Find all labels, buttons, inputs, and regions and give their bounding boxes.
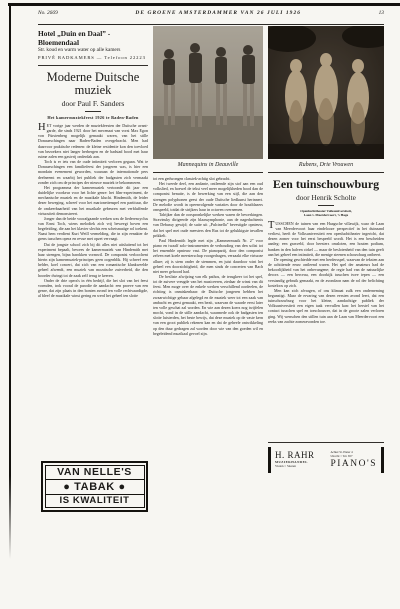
theatre-article-header: Een tuinschouwburg door Henrik Scholte O… — [268, 178, 384, 218]
paragraph: De besliste afwijzing van elk pathos, de… — [153, 274, 263, 336]
theatre-article-title: Een tuinschouwburg — [268, 178, 384, 191]
column-middle: Mannequins in Deauville tot een gedwonge… — [153, 26, 263, 484]
theatre-article-body: TUSSCHEN de tuinen van een Haagsche vill… — [268, 221, 384, 437]
paragraph: TUSSCHEN de tuinen van een Haagsche vill… — [268, 221, 384, 257]
rahr-ad: H. RAHR MUZIEKHANDEL Violen ○ Snaren Ach… — [268, 447, 384, 473]
hotel-ad: Hotel „Duin en Daal” - Bloemendaal Str. … — [38, 26, 148, 66]
paragraph: HET vorige jaar werden de muziekfeesten … — [38, 123, 148, 159]
rahr-ad-product: PIANO'S — [330, 459, 377, 469]
music-article-kicker: Het kamermuziekfeest 1926 te Baden-Baden — [38, 115, 148, 120]
rahr-ad-sub2: Violen ○ Snaren — [275, 464, 315, 468]
page-number: 13 — [379, 10, 384, 16]
ornament-rule — [318, 205, 334, 206]
photo-caption-left: Mannequins in Deauville — [153, 162, 263, 168]
music-article-title-line2: muziek — [38, 84, 148, 97]
rahr-ad-left: H. RAHR MUZIEKHANDEL Violen ○ Snaren — [275, 451, 315, 468]
column-left: Hotel „Duin en Daal” - Bloemendaal Str. … — [38, 26, 148, 512]
scan-top-border — [8, 3, 400, 6]
paragraph: De opening geschiedde met een herdersspe… — [268, 257, 384, 288]
photo-rubens-drie-vrouwen — [268, 26, 384, 159]
hotel-ad-line: Str. koud en warm water op alle kamers — [38, 47, 148, 54]
ornament-rule — [85, 111, 101, 112]
photo-mannequins-deauville — [153, 26, 263, 159]
caption-rule-left — [153, 172, 263, 173]
paragraph: Paul Hindemith legde met zijn „Kammermus… — [153, 238, 263, 274]
paragraph: Het programma der kamermuziek vertoonde … — [38, 185, 148, 216]
music-article-byline: door Paul F. Sanders — [38, 99, 148, 108]
paragraph: Talrijker dan de oorspronkelijke werken … — [153, 212, 263, 238]
paragraph: Jonger dan de beide voorafgaande werken … — [38, 216, 148, 242]
van-nelle-ad-inner: VAN NELLE'S ● TABAK ● IS KWALITEIT — [45, 465, 145, 509]
theatre-article-byline: door Henrik Scholte — [268, 193, 384, 202]
music-article-body-col2: tot een gedwongen classiek-achtig slot g… — [153, 176, 263, 484]
music-article-header: Moderne Duitsche muziek door Paul F. San… — [38, 71, 148, 120]
scan-left-border — [9, 3, 11, 559]
van-nelle-line3: IS KWALITEIT — [46, 494, 144, 508]
paragraph: Het tweede deel, een andante, ontleende … — [153, 181, 263, 212]
theatre-venue-line2: Laan v. Meerdervoort, ’s Hage — [268, 213, 384, 217]
music-article-body-col1: HET vorige jaar werden de muziekfeesten … — [38, 123, 148, 453]
photo-caption-right: Rubens, Drie Vrouwen — [268, 162, 384, 168]
running-head: No. 2669 DE GROENE AMSTERDAMMER VAN 26 J… — [38, 10, 384, 25]
paragraph: Men kan zich afvragen, of ons klimaat zu… — [268, 288, 384, 324]
paragraph: Toch is er iets van de oude intimiteit v… — [38, 159, 148, 185]
van-nelle-line2: ● TABAK ● — [46, 479, 144, 494]
van-nelle-line1: VAN NELLE'S — [46, 466, 144, 479]
paragraph: Onder de drie opera's in één bedrijf, di… — [38, 278, 148, 299]
paragraph: Dat de jongste school zich bij dit alles… — [38, 242, 148, 278]
rahr-ad-name: H. RAHR — [275, 451, 315, 460]
masthead-title: DE GROENE AMSTERDAMMER VAN 26 JULI 1926 — [135, 10, 301, 16]
hotel-ad-title: Hotel „Duin en Daal” - Bloemendaal — [38, 29, 148, 47]
hotel-ad-contact: PRIVÉ BADKAMERS — Telefoon 22223 — [38, 54, 148, 61]
rahr-ad-right: Achter St. Pieter 4 Utrecht ○ Tel. 657 P… — [330, 451, 377, 469]
rahr-ad-rule — [268, 442, 384, 443]
caption-rule-right — [268, 172, 384, 173]
newspaper-page: No. 2669 DE GROENE AMSTERDAMMER VAN 26 J… — [0, 0, 400, 609]
column-right: Rubens, Drie Vrouwen Een tuinschouwburg … — [268, 26, 384, 473]
issue-number: No. 2669 — [38, 10, 58, 16]
van-nelle-ad: VAN NELLE'S ● TABAK ● IS KWALITEIT — [41, 461, 148, 512]
